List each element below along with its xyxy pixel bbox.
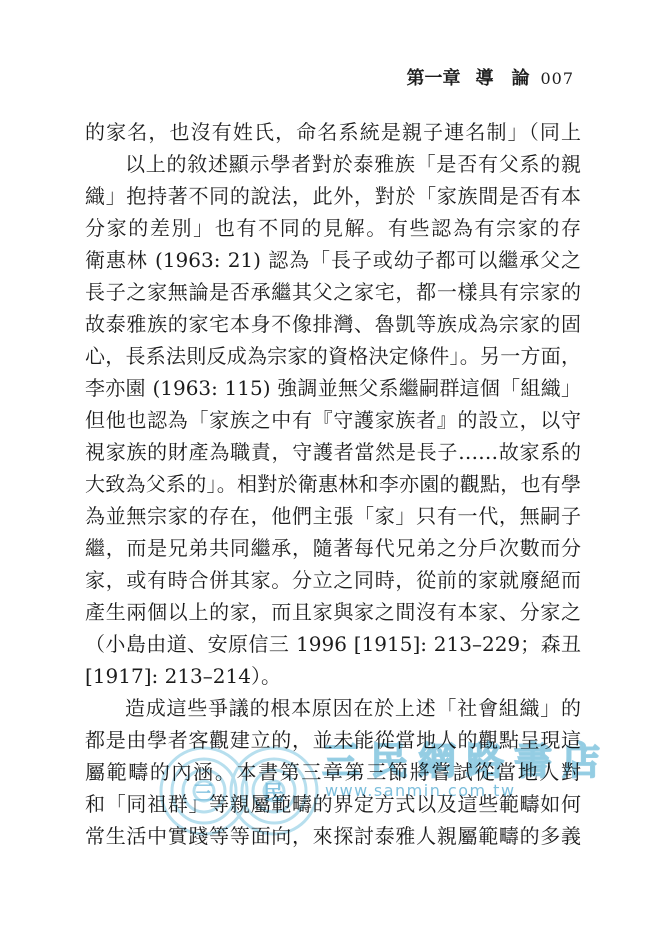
chapter-title: 導 論 <box>475 64 529 90</box>
text-line: 為並無宗家的存在，他們主張「家」只有一代，無嗣子相承 <box>85 500 581 532</box>
text-line: 以上的敘述顯示學者對於泰雅族「是否有父系的親屬組 <box>85 148 581 180</box>
text-line: 屬範疇的內涵。本書第三章第三節將嘗試從當地人對「家」 <box>85 756 581 788</box>
text-line: 長子之家無論是否承繼其父之家宅，都一樣具有宗家的資格， <box>85 276 581 308</box>
text-line: 繼，而是兄弟共同繼承，隨著每代兄弟之分戶次數而分割其 <box>85 532 581 564</box>
text-line: 造成這些爭議的根本原因在於上述「社會組織」的架構 <box>85 692 581 724</box>
text-line: 都是由學者客觀建立的，並未能從當地人的觀點呈現這些親 <box>85 724 581 756</box>
text-line: 衛惠林 (1963: 21) 認為「長子或幼子都可以繼承父之家宅，但 <box>85 244 581 276</box>
text-line: 李亦園 (1963: 115) 強調並無父系繼嗣群這個「組織」存在， <box>85 372 581 404</box>
chapter-label: 第一章 <box>406 64 460 90</box>
text-line: 故泰雅族的家宅本身不像排灣、魯凱等族成為宗家的固定中 <box>85 308 581 340</box>
text-line: 分家的差別」也有不同的見解。有些認為有宗家的存在，如 <box>85 212 581 244</box>
book-page: 第一章 導 論 007 的家名，也沒有姓氏，命名系統是親子連名制」（同上引）。以… <box>0 0 646 932</box>
text-line: 大致為父系的」。相對於衛惠林和李亦園的觀點，也有學者認 <box>85 468 581 500</box>
text-line: 的家名，也沒有姓氏，命名系統是親子連名制」（同上引）。 <box>85 116 581 148</box>
text-line: 產生兩個以上的家，而且家與家之間沒有本家、分家之關係 <box>85 596 581 628</box>
text-line: 常生活中實踐等等面向，來探討泰雅人親屬範疇的多義性和 <box>85 820 581 852</box>
text-line: 心，長系法則反成為宗家的資格決定條件」。另一方面，雖然 <box>85 340 581 372</box>
text-line: [1917]: 213–214）。 <box>85 660 581 692</box>
text-line: 但他也認為「家族之中有『守護家族者』的設立，以守護監 <box>85 404 581 436</box>
text-line: 和「同祖群」等親屬範疇的界定方式以及這些範疇如何在日 <box>85 788 581 820</box>
page-header: 第一章 導 論 007 <box>406 64 574 90</box>
text-line: （小島由道、安原信三 1996 [1915]: 213–229；森丑之助 n.d… <box>85 628 581 660</box>
text-line: 家，或有時合併其家。分立之同時，從前的家就廢絕而重新 <box>85 564 581 596</box>
body-text: 的家名，也沒有姓氏，命名系統是親子連名制」（同上引）。以上的敘述顯示學者對於泰雅… <box>85 116 581 852</box>
text-line: 織」抱持著不同的說法，此外，對於「家族間是否有本家、 <box>85 180 581 212</box>
page-number: 007 <box>540 69 574 88</box>
text-line: 視家族的財產為職責，守護者當然是長子……故家系的傳承 <box>85 436 581 468</box>
